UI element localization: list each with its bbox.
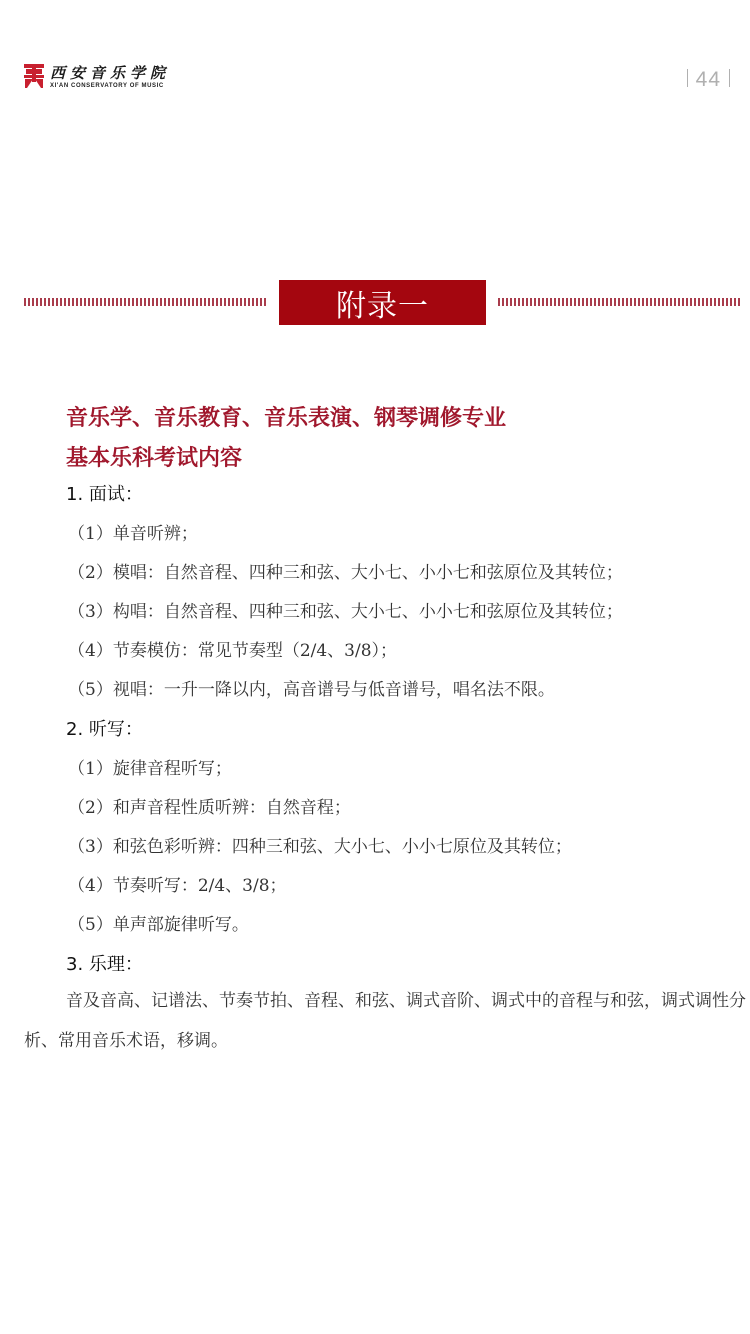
music-theory-paragraph: 音及音高、记谱法、节奏节拍、音程、和弦、调式音阶、调式中的音程与和弦，调式调性分… (24, 981, 746, 1061)
exam-content: 1. 面试： （1）单音听辨； （2）模唱：自然音程、四种三和弦、大小七、小小七… (66, 478, 746, 948)
list-item: （2）模唱：自然音程、四种三和弦、大小七、小小七和弦原位及其转位； (68, 557, 746, 596)
list-item: （3）和弦色彩听辨：四种三和弦、大小七、小小七原位及其转位； (68, 831, 746, 870)
list-item: （2）和声音程性质听辨：自然音程； (68, 792, 746, 831)
part-heading-music-theory: 3. 乐理： (66, 948, 143, 982)
appendix-title: 附录一 (336, 281, 429, 325)
list-item: （4）节奏听写：2/4、3/8； (68, 870, 746, 909)
list-item: （5）单声部旋律听写。 (68, 909, 746, 948)
list-item: （4）节奏模仿：常见节奏型（2/4、3/8）； (68, 635, 746, 674)
part-heading-interview: 1. 面试： (66, 478, 746, 518)
appendix-banner: 附录一 (279, 280, 486, 325)
school-logo: 西安音乐学院 XI'AN CONSERVATORY OF MUSIC (24, 64, 170, 90)
list-item: （3）构唱：自然音程、四种三和弦、大小七、小小七和弦原位及其转位； (68, 596, 746, 635)
page-number-value: 44 (696, 68, 721, 91)
page-number: 44 (679, 68, 738, 92)
list-item: （1）旋律音程听写； (68, 753, 746, 792)
decorative-divider-right (498, 298, 742, 306)
school-emblem-icon (24, 64, 44, 90)
list-item: （5）视唱：一升一降以内，高音谱号与低音谱号，唱名法不限。 (68, 674, 746, 713)
list-item: （1）单音听辨； (68, 518, 746, 557)
page-number-left-bar (687, 69, 688, 87)
part-heading-dictation: 2. 听写： (66, 713, 746, 753)
section-title: 音乐学、音乐教育、音乐表演、钢琴调修专业 基本乐科考试内容 (66, 399, 506, 479)
decorative-divider-left (24, 298, 266, 306)
page-number-right-bar (729, 69, 730, 87)
section-title-line-1: 音乐学、音乐教育、音乐表演、钢琴调修专业 (66, 399, 506, 439)
school-name-chinese: 西安音乐学院 (50, 65, 170, 82)
school-name-english: XI'AN CONSERVATORY OF MUSIC (50, 82, 170, 90)
section-title-line-2: 基本乐科考试内容 (66, 439, 506, 479)
